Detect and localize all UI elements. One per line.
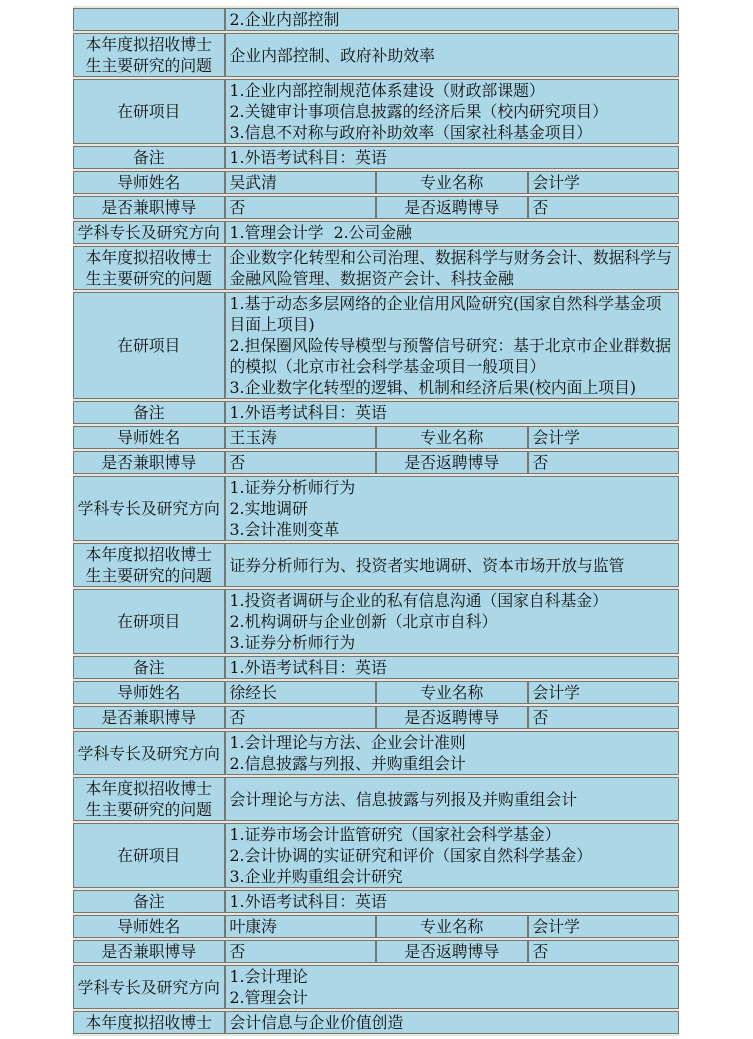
rehired-doctoral-label: 是否返聘博导	[376, 940, 528, 963]
table-row: 学科专长及研究方向 1.会计理论 2.管理会计	[73, 965, 679, 1009]
table-row: 备注 1.外语考试科目：英语	[73, 146, 679, 169]
specialty-label: 学科专长及研究方向	[73, 731, 225, 775]
supervisor-name-label: 导师姓名	[73, 426, 225, 449]
ongoing-projects-value: 1.基于动态多层网络的企业信用风险研究(国家自然科学基金项目面上项目) 2.担保…	[225, 292, 680, 399]
table-row: 导师姓名 吴武清 专业名称 会计学	[73, 171, 679, 194]
parttime-doctoral-value: 否	[225, 940, 377, 963]
specialty-value: 1.会计理论 2.管理会计	[225, 965, 680, 1009]
rehired-doctoral-value: 否	[528, 196, 680, 219]
supervisor-name-label: 导师姓名	[73, 681, 225, 704]
specialty-label: 学科专长及研究方向	[73, 221, 225, 244]
table-row: 2.企业内部控制	[73, 8, 679, 31]
remarks-value: 1.外语考试科目：英语	[225, 656, 680, 679]
supervisor-name-label: 导师姓名	[73, 915, 225, 938]
table-row: 在研项目 1.证券市场会计监管研究（国家社会科学基金） 2.会计协调的实证研究和…	[73, 823, 679, 888]
ongoing-projects-label: 在研项目	[73, 79, 225, 144]
table-row: 本年度拟招收博士 生主要研究的问题 证券分析师行为、投资者实地调研、资本市场开放…	[73, 543, 679, 587]
parttime-doctoral-value: 否	[225, 451, 377, 474]
table-row: 是否兼职博导 否 是否返聘博导 否	[73, 940, 679, 963]
table-row: 学科专长及研究方向 1.管理会计学 2.公司金融	[73, 221, 679, 244]
table-row: 在研项目 1.投资者调研与企业的私有信息沟通（国家自科基金） 2.机构调研与企业…	[73, 589, 679, 654]
remarks-label: 备注	[73, 890, 225, 913]
table-row: 本年度拟招收博士 生主要研究的问题 企业内部控制、政府补助效率	[73, 33, 679, 77]
supervisor-name-value: 叶康涛	[225, 915, 377, 938]
research-questions-label: 本年度拟招收博士 生主要研究的问题	[73, 543, 225, 587]
research-questions-label: 本年度拟招收博士 生主要研究的问题	[73, 777, 225, 821]
ongoing-projects-label: 在研项目	[73, 823, 225, 888]
parttime-doctoral-value: 否	[225, 706, 377, 729]
research-questions-label: 本年度拟招收博士 生主要研究的问题	[73, 246, 225, 290]
research-questions-value: 企业内部控制、政府补助效率	[225, 33, 680, 77]
research-questions-value: 会计理论与方法、信息披露与列报及并购重组会计	[225, 777, 680, 821]
remarks-value: 1.外语考试科目：英语	[225, 401, 680, 424]
specialty-label: 学科专长及研究方向	[73, 476, 225, 541]
table-row: 本年度拟招收博士 生主要研究的问题 企业数字化转型和公司治理、数据科学与财务会计…	[73, 246, 679, 290]
major-name-label: 专业名称	[376, 915, 528, 938]
table-row: 导师姓名 徐经长 专业名称 会计学	[73, 681, 679, 704]
table-row: 备注 1.外语考试科目：英语	[73, 656, 679, 679]
specialty-value: 1.证券分析师行为 2.实地调研 3.会计准则变革	[225, 476, 680, 541]
major-name-label: 专业名称	[376, 171, 528, 194]
rehired-doctoral-label: 是否返聘博导	[376, 196, 528, 219]
research-questions-label-truncated: 本年度拟招收博士	[73, 1011, 225, 1034]
remarks-label: 备注	[73, 401, 225, 424]
remarks-label: 备注	[73, 146, 225, 169]
ongoing-projects-value: 1.企业内部控制规范体系建设（财政部课题） 2.关键审计事项信息披露的经济后果（…	[225, 79, 680, 144]
supervisor-name-label: 导师姓名	[73, 171, 225, 194]
table-row: 备注 1.外语考试科目：英语	[73, 401, 679, 424]
ongoing-projects-label: 在研项目	[73, 589, 225, 654]
rehired-doctoral-label: 是否返聘博导	[376, 451, 528, 474]
specialty-value: 1.管理会计学 2.公司金融	[225, 221, 680, 244]
rehired-doctoral-value: 否	[528, 706, 680, 729]
parttime-doctoral-label: 是否兼职博导	[73, 196, 225, 219]
table-row: 本年度拟招收博士 会计信息与企业价值创造	[73, 1011, 679, 1034]
table-row: 导师姓名 叶康涛 专业名称 会计学	[73, 915, 679, 938]
table-row: 学科专长及研究方向 1.证券分析师行为 2.实地调研 3.会计准则变革	[73, 476, 679, 541]
major-name-value: 会计学	[528, 171, 680, 194]
supervisor-info-table: 2.企业内部控制 本年度拟招收博士 生主要研究的问题 企业内部控制、政府补助效率…	[73, 6, 679, 1036]
parttime-doctoral-label: 是否兼职博导	[73, 706, 225, 729]
parttime-doctoral-label: 是否兼职博导	[73, 451, 225, 474]
table-row: 是否兼职博导 否 是否返聘博导 否	[73, 196, 679, 219]
research-questions-value: 企业数字化转型和公司治理、数据科学与财务会计、数据科学与金融风险管理、数据资产会…	[225, 246, 680, 290]
supervisor-name-value: 王玉涛	[225, 426, 377, 449]
supervisor-name-value: 徐经长	[225, 681, 377, 704]
parttime-doctoral-label: 是否兼职博导	[73, 940, 225, 963]
document-page: 2.企业内部控制 本年度拟招收博士 生主要研究的问题 企业内部控制、政府补助效率…	[0, 0, 753, 1039]
major-name-value: 会计学	[528, 426, 680, 449]
specialty-value: 1.会计理论与方法、企业会计准则 2.信息披露与列报、并购重组会计	[225, 731, 680, 775]
table-row: 导师姓名 王玉涛 专业名称 会计学	[73, 426, 679, 449]
table-row: 是否兼职博导 否 是否返聘博导 否	[73, 451, 679, 474]
table-row: 备注 1.外语考试科目：英语	[73, 890, 679, 913]
table-row: 本年度拟招收博士 生主要研究的问题 会计理论与方法、信息披露与列报及并购重组会计	[73, 777, 679, 821]
major-name-label: 专业名称	[376, 681, 528, 704]
table-row: 是否兼职博导 否 是否返聘博导 否	[73, 706, 679, 729]
major-name-value: 会计学	[528, 915, 680, 938]
supervisor-name-value: 吴武清	[225, 171, 377, 194]
specialty-label: 学科专长及研究方向	[73, 965, 225, 1009]
research-questions-value: 会计信息与企业价值创造	[225, 1011, 680, 1034]
table-row: 学科专长及研究方向 1.会计理论与方法、企业会计准则 2.信息披露与列报、并购重…	[73, 731, 679, 775]
remarks-label: 备注	[73, 656, 225, 679]
research-questions-value: 证券分析师行为、投资者实地调研、资本市场开放与监管	[225, 543, 680, 587]
remarks-value: 1.外语考试科目：英语	[225, 890, 680, 913]
table-row: 在研项目 1.基于动态多层网络的企业信用风险研究(国家自然科学基金项目面上项目)…	[73, 292, 679, 399]
ongoing-projects-value: 1.证券市场会计监管研究（国家社会科学基金） 2.会计协调的实证研究和评价（国家…	[225, 823, 680, 888]
rehired-doctoral-value: 否	[528, 940, 680, 963]
major-name-label: 专业名称	[376, 426, 528, 449]
ongoing-projects-label: 在研项目	[73, 292, 225, 399]
rehired-doctoral-value: 否	[528, 451, 680, 474]
specialty-continued-value: 2.企业内部控制	[225, 8, 680, 31]
ongoing-projects-value: 1.投资者调研与企业的私有信息沟通（国家自科基金） 2.机构调研与企业创新（北京…	[225, 589, 680, 654]
table-row: 在研项目 1.企业内部控制规范体系建设（财政部课题） 2.关键审计事项信息披露的…	[73, 79, 679, 144]
parttime-doctoral-value: 否	[225, 196, 377, 219]
blank-label	[73, 8, 225, 31]
remarks-value: 1.外语考试科目：英语	[225, 146, 680, 169]
major-name-value: 会计学	[528, 681, 680, 704]
rehired-doctoral-label: 是否返聘博导	[376, 706, 528, 729]
research-questions-label: 本年度拟招收博士 生主要研究的问题	[73, 33, 225, 77]
